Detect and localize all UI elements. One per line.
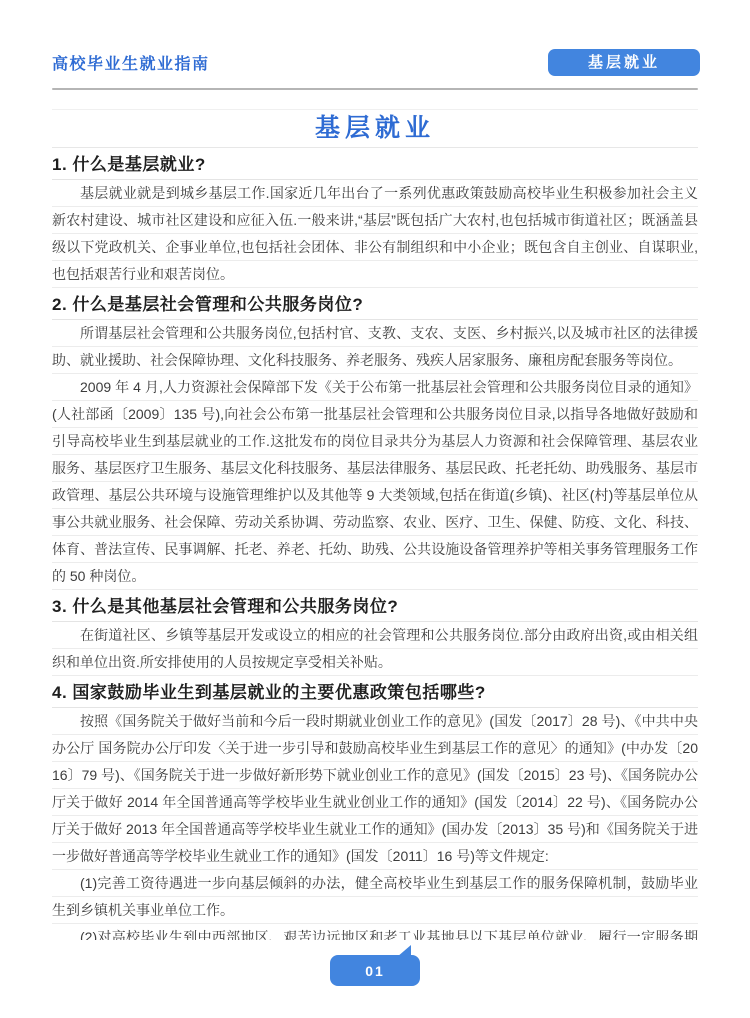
section-heading: 1. 什么是基层就业? xyxy=(52,148,698,180)
chapter-tag-button[interactable]: 基层就业 xyxy=(548,49,700,76)
content: 1. 什么是基层就业? 基层就业就是到城乡基层工作.国家近几年出台了一系列优惠政… xyxy=(52,148,698,940)
paragraph: (1)完善工资待遇进一步向基层倾斜的办法，健全高校毕业生到基层工作的服务保障机制… xyxy=(52,870,698,924)
page-number: 01 xyxy=(365,963,385,979)
section-heading: 4. 国家鼓励毕业生到基层就业的主要优惠政策包括哪些? xyxy=(52,676,698,708)
page-header: 高校毕业生就业指南 基层就业 xyxy=(0,0,750,78)
section-body: 所谓基层社会管理和公共服务岗位,包括村官、支教、支农、支医、乡村振兴,以及城市社… xyxy=(52,320,698,590)
section-body: 在街道社区、乡镇等基层开发或设立的相应的社会管理和公共服务岗位.部分由政府出资,… xyxy=(52,622,698,676)
paragraph: 在街道社区、乡镇等基层开发或设立的相应的社会管理和公共服务岗位.部分由政府出资,… xyxy=(52,622,698,676)
paragraph: 所谓基层社会管理和公共服务岗位,包括村官、支教、支农、支医、乡村振兴,以及城市社… xyxy=(52,320,698,374)
page-number-badge: 01 xyxy=(330,955,420,986)
brand-title: 高校毕业生就业指南 xyxy=(52,51,210,74)
document-page: 高校毕业生就业指南 基层就业 基层就业 1. 什么是基层就业? 基层就业就是到城… xyxy=(0,0,750,1018)
page-title: 基层就业 xyxy=(52,109,698,148)
section-body: 按照《国务院关于做好当前和今后一段时期就业创业工作的意见》(国发〔2017〕28… xyxy=(52,708,698,940)
paragraph: (2)对高校毕业生到中西部地区、艰苦边远地区和老工业基地县以下基层单位就业、履行… xyxy=(52,924,698,940)
paragraph: 2009 年 4 月,人力资源社会保障部下发《关于公布第一批基层社会管理和公共服… xyxy=(52,374,698,590)
paragraph: 按照《国务院关于做好当前和今后一段时期就业创业工作的意见》(国发〔2017〕28… xyxy=(52,708,698,870)
section: 1. 什么是基层就业? 基层就业就是到城乡基层工作.国家近几年出台了一系列优惠政… xyxy=(52,148,698,288)
paragraph: 基层就业就是到城乡基层工作.国家近几年出台了一系列优惠政策鼓励高校毕业生积极参加… xyxy=(52,180,698,288)
section-heading: 2. 什么是基层社会管理和公共服务岗位? xyxy=(52,288,698,320)
section: 2. 什么是基层社会管理和公共服务岗位? 所谓基层社会管理和公共服务岗位,包括村… xyxy=(52,288,698,590)
section: 4. 国家鼓励毕业生到基层就业的主要优惠政策包括哪些? 按照《国务院关于做好当前… xyxy=(52,676,698,940)
section-body: 基层就业就是到城乡基层工作.国家近几年出台了一系列优惠政策鼓励高校毕业生积极参加… xyxy=(52,180,698,288)
section-heading: 3. 什么是其他基层社会管理和公共服务岗位? xyxy=(52,590,698,622)
section: 3. 什么是其他基层社会管理和公共服务岗位? 在街道社区、乡镇等基层开发或设立的… xyxy=(52,590,698,676)
header-divider xyxy=(52,88,698,90)
